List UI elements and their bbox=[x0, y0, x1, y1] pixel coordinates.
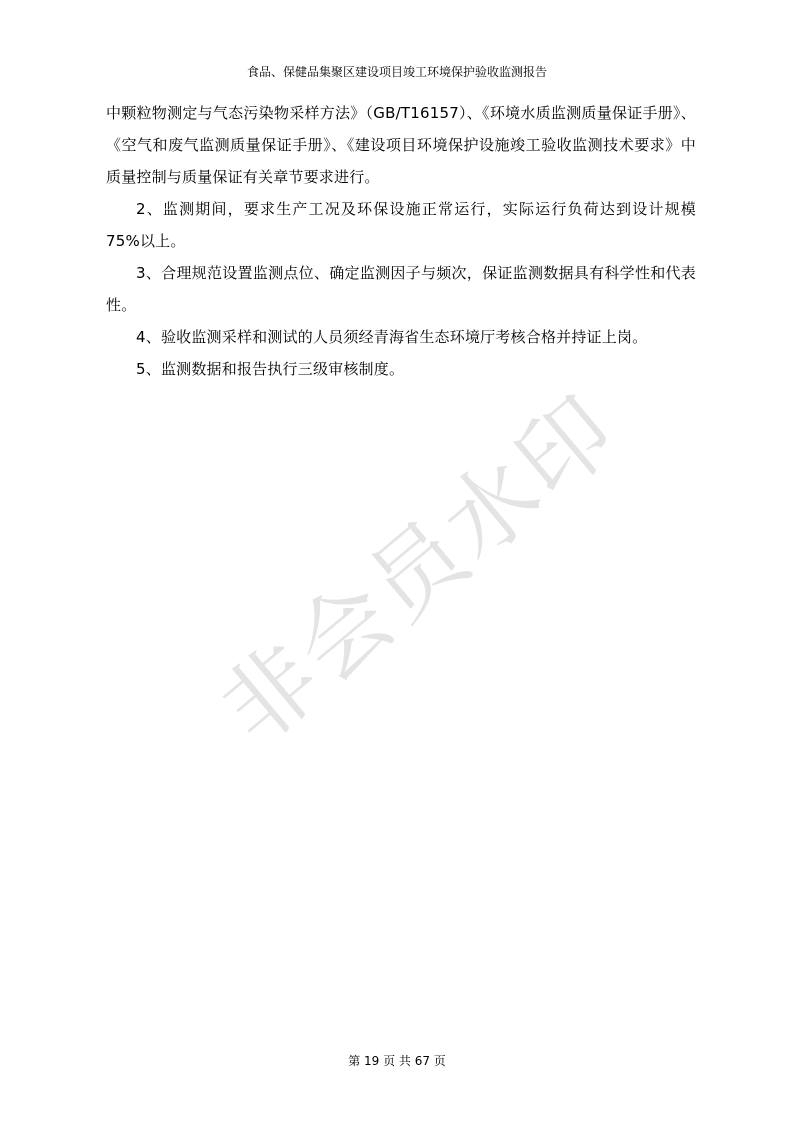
document-body: 中颗粒物测定与气态污染物采样方法》（GB/T16157）、《环境水质监测质量保证… bbox=[106, 97, 696, 385]
page-number: 第 19 页 共 67 页 bbox=[348, 1054, 446, 1068]
paragraph-item-3: 3、合理规范设置监测点位、确定监测因子与频次，保证监测数据具有科学性和代表性。 bbox=[106, 257, 696, 321]
watermark: 非会员水印 bbox=[189, 365, 652, 776]
paragraph-item-5: 5、监测数据和报告执行三级审核制度。 bbox=[106, 353, 696, 385]
paragraph-item-4: 4、验收监测采样和测试的人员须经青海省生态环境厅考核合格并持证上岗。 bbox=[106, 321, 696, 353]
page-footer: 第 19 页 共 67 页 bbox=[0, 1053, 794, 1069]
page-header: 食品、保健品集聚区建设项目竣工环境保护验收监测报告 bbox=[0, 64, 794, 80]
report-title: 食品、保健品集聚区建设项目竣工环境保护验收监测报告 bbox=[247, 65, 547, 79]
paragraph-continuation: 中颗粒物测定与气态污染物采样方法》（GB/T16157）、《环境水质监测质量保证… bbox=[106, 97, 696, 193]
paragraph-item-2: 2、监测期间，要求生产工况及环保设施正常运行，实际运行负荷达到设计规模 75%以… bbox=[106, 193, 696, 257]
